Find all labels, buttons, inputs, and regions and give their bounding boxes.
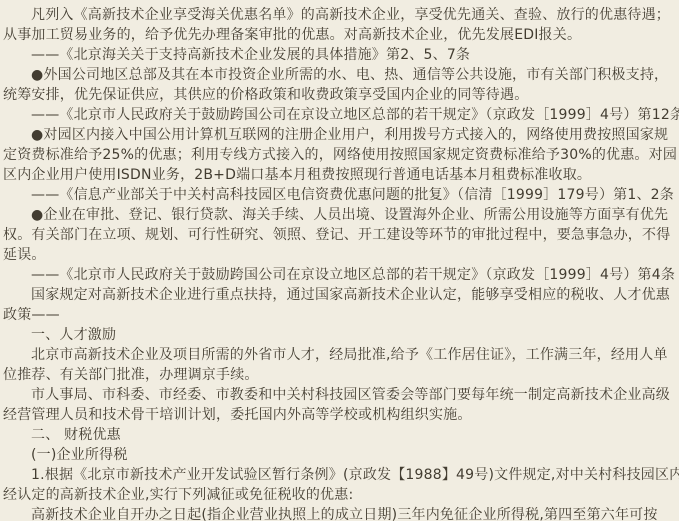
text-line: ●企业在审批、登记、银行贷款、海关手续、人员出境、设置海外企业、所需公用设施等方… [3,205,677,225]
text-line: 权。有关部门在立项、规划、可行性研究、领照、登记、开工建设等环节的审批过程中，要… [3,225,677,245]
text-line: 北京市高新技术企业及项目所需的外省市人才，经局批准,给予《工作居住证》，工作满三… [3,345,677,365]
document-page: 凡列入《高新技术企业享受海关优惠名单》的高新技术企业，享受优先通关、查验、放行的… [0,0,679,521]
text-line: 市人事局、市科委、市经委、市教委和中关村科技园区管委会等部门要每年统一制定高新技… [3,385,677,405]
text-line: 凡列入《高新技术企业享受海关优惠名单》的高新技术企业，享受优先通关、查验、放行的… [3,5,677,25]
text-line: 国家规定对高新技术企业进行重点扶持，通过国家高新技术企业认定，能够享受相应的税收… [3,285,677,305]
text-line: ——《北京市人民政府关于鼓励跨国公司在京设立地区总部的若干规定》（京政发［199… [3,265,677,285]
text-line: ●外国公司地区总部及其在本市投资企业所需的水、电、热、通信等公共设施，市有关部门… [3,65,677,85]
text-line: ——《北京海关关于支持高新技术企业发展的具体措施》第2、5、7条 [3,45,677,65]
text-line: 经营管理人员和技术骨干培训计划，委托国内外高等学校或机构组织实施。 [3,405,677,425]
text-line: 一、人才激励 [3,325,677,345]
text-line: ——《信息产业部关于中关村高科技园区电信资费优惠问题的批复》（信清［1999］1… [3,185,677,205]
text-line: 位推荐、有关部门批准，办理调京手续。 [3,365,677,385]
text-line: 统筹安排，优先保证供应，其供应的价格政策和收费政策享受国内企业的同等待遇。 [3,85,677,105]
text-line: 经认定的高新技术企业,实行下列减征或免征税收的优惠: [3,485,677,505]
text-line: ——《北京市人民政府关于鼓励跨国公司在京设立地区总部的若干规定》（京政发［199… [3,105,677,125]
text-line: 延误。 [3,245,677,265]
text-line: (一)企业所得税 [3,445,677,465]
text-line: ●对园区内接入中国公用计算机互联网的注册企业用户，利用拨号方式接入的，网络使用费… [3,125,677,145]
text-line: 区内企业用户使用ISDN业务，2B+D端口基本月租费按照现行普通电话基本月租费标… [3,165,677,185]
text-line: 二、 财税优惠 [3,425,677,445]
text-line: 从事加工贸易业务的，给予优先办理备案审批的优惠。对高新技术企业，优先发展EDI报… [3,25,677,45]
text-line: 高新技术企业自开办之日起(指企业营业执照上的成立日期)三年内免征企业所得税,第四… [3,505,677,521]
text-line: 政策—— [3,305,677,325]
text-line: 定资费标准给予25%的优惠；利用专线方式接入的，网络使用按照国家规定资费标准给予… [3,145,677,165]
text-line: 1.根据《北京市新技术产业开发试验区暂行条例》(京政发【1988】49号)文件规… [3,465,677,485]
